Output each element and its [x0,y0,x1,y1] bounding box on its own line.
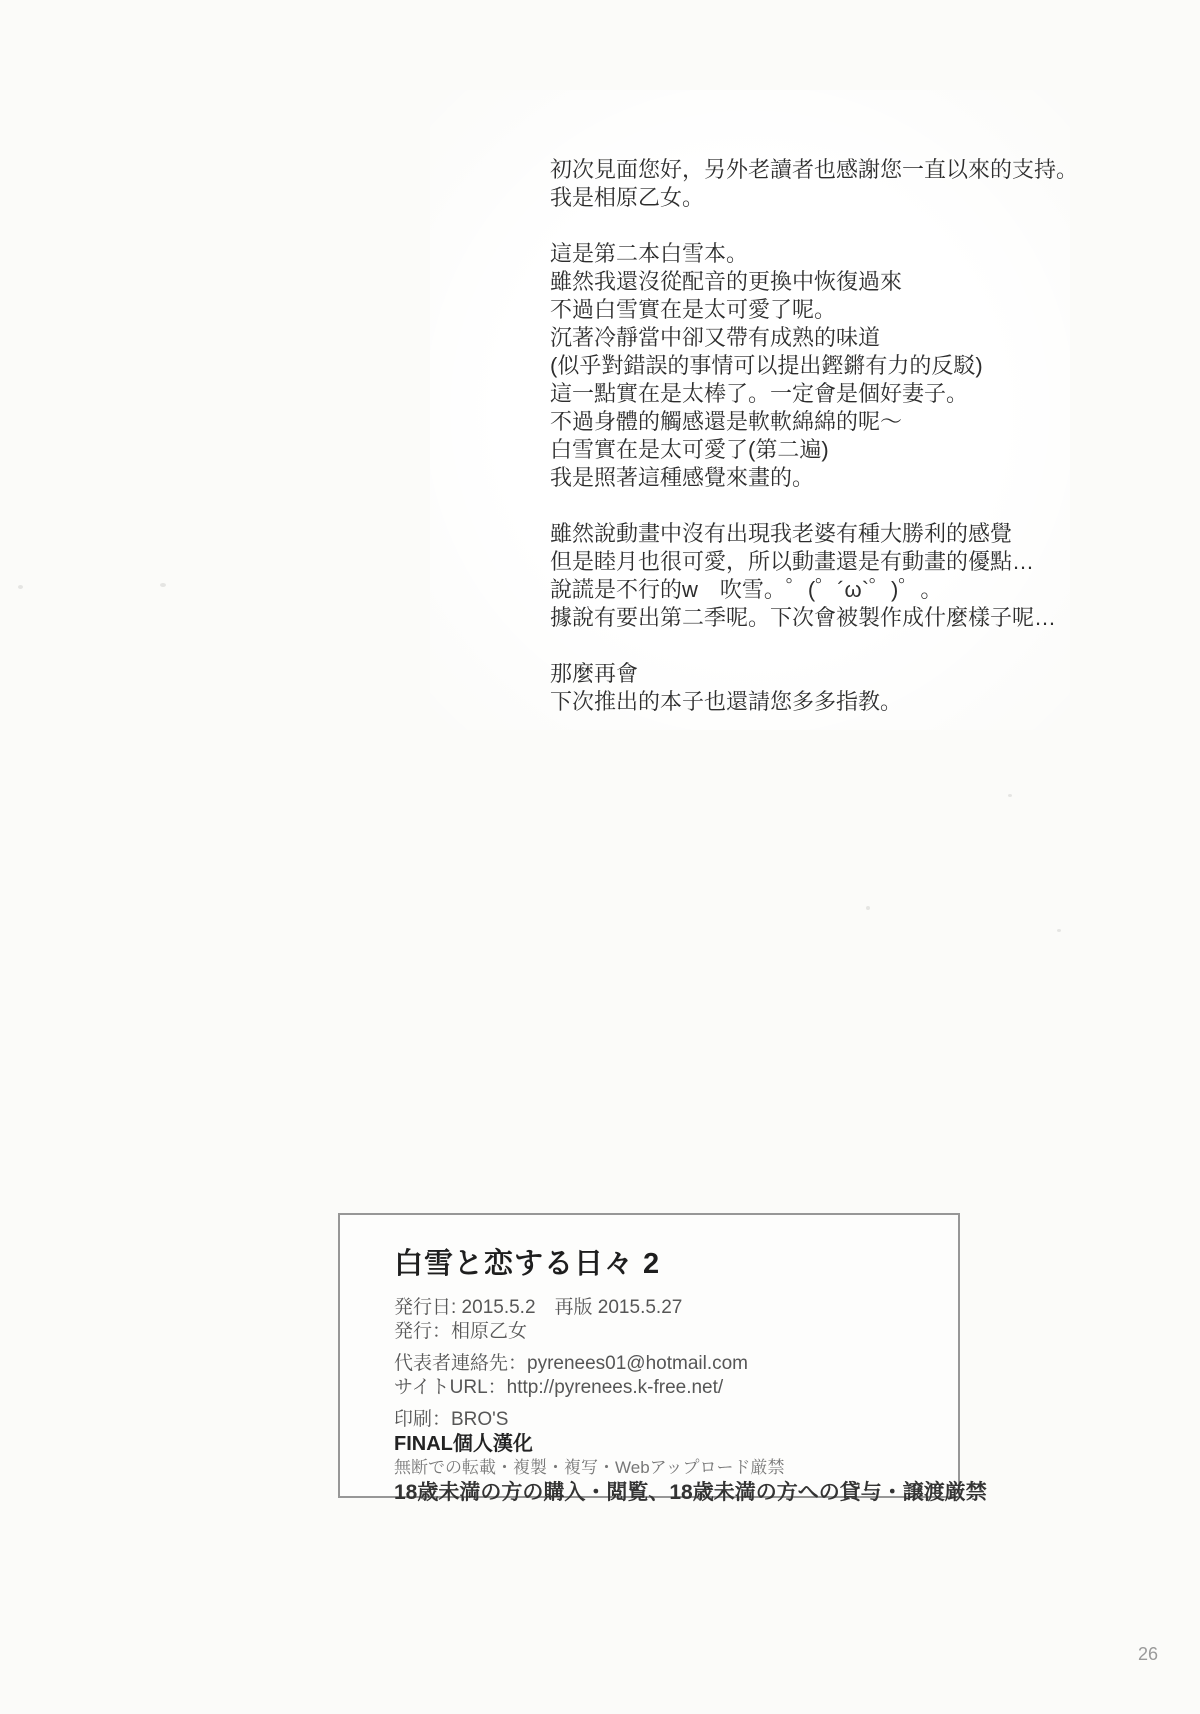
afterword-line: 不過身體的觸感還是軟軟綿綿的呢～ [550,408,1150,436]
afterword-line: 不過白雪實在是太可愛了呢。 [550,296,1150,324]
afterword-text: 初次見面您好，另外老讀者也感謝您一直以來的支持。 我是相原乙女。 這是第二本白雪… [550,156,1150,716]
scan-speck [160,583,166,587]
scan-speck [1057,929,1061,932]
scan-speck [18,585,23,589]
afterword-line: 沉著冷靜當中卻又帶有成熟的味道 [550,324,1150,352]
afterword-line: 說謊是不行的w 吹雪。゜(゜´ω`゜)゜。 [550,576,1150,604]
publisher-line: 発行：相原乙女 [394,1320,958,1344]
afterword-line: 雖然我還沒從配音的更換中恢復過來 [550,268,1150,296]
printer-line: 印刷：BRO'S [394,1408,958,1432]
doujin-title: 白雪と恋する日々 2 [394,1241,958,1282]
afterword-line [550,632,1150,660]
scan-speck [1008,794,1012,797]
age-restriction-line: 18歳未満の方の購入・閲覧、18歳未満の方への貸与・譲渡厳禁 [394,1479,958,1506]
issue-date-line: 発行日: 2015.5.2 再版 2015.5.27 [394,1296,958,1320]
afterword-line [550,492,1150,520]
afterword-line: 初次見面您好，另外老讀者也感謝您一直以來的支持。 [550,156,1150,184]
colophon-content: 白雪と恋する日々 2 発行日: 2015.5.2 再版 2015.5.27 発行… [340,1215,958,1506]
afterword-line: 這是第二本白雪本。 [550,240,1150,268]
afterword-line: 雖然說動畫中沒有出現我老婆有種大勝利的感覺 [550,520,1150,548]
page-number: 26 [1138,1644,1158,1665]
afterword-line: 這一點實在是太棒了。一定會是個好妻子。 [550,380,1150,408]
afterword-line: 但是睦月也很可愛，所以動畫還是有動畫的優點… [550,548,1150,576]
afterword-line [550,212,1150,240]
afterword-line: 白雪實在是太可愛了(第二遍) [550,436,1150,464]
colophon-box: 白雪と恋する日々 2 発行日: 2015.5.2 再版 2015.5.27 発行… [338,1213,960,1498]
scan-speck [866,906,870,910]
afterword-line: 那麼再會 [550,660,1150,688]
afterword-line: 我是照著這種感覺來畫的。 [550,464,1150,492]
site-url-line: サイトURL：http://pyrenees.k-free.net/ [394,1376,958,1400]
contact-line: 代表者連絡先：pyrenees01@hotmail.com [394,1352,958,1376]
translation-group-line: FINAL個人漢化 [394,1432,958,1457]
copyright-notice-line: 無断での転載・複製・複写・Webアップロード厳禁 [394,1457,958,1479]
afterword-line: 據說有要出第二季呢。下次會被製作成什麼樣子呢… [550,604,1150,632]
afterword-line: 我是相原乙女。 [550,184,1150,212]
afterword-line: (似乎對錯誤的事情可以提出鏗鏘有力的反駁) [550,352,1150,380]
scanned-page: { "afterword": { "lines": [ "初次見面您好，另外老讀… [0,0,1200,1714]
afterword-line: 下次推出的本子也還請您多多指教。 [550,688,1150,716]
